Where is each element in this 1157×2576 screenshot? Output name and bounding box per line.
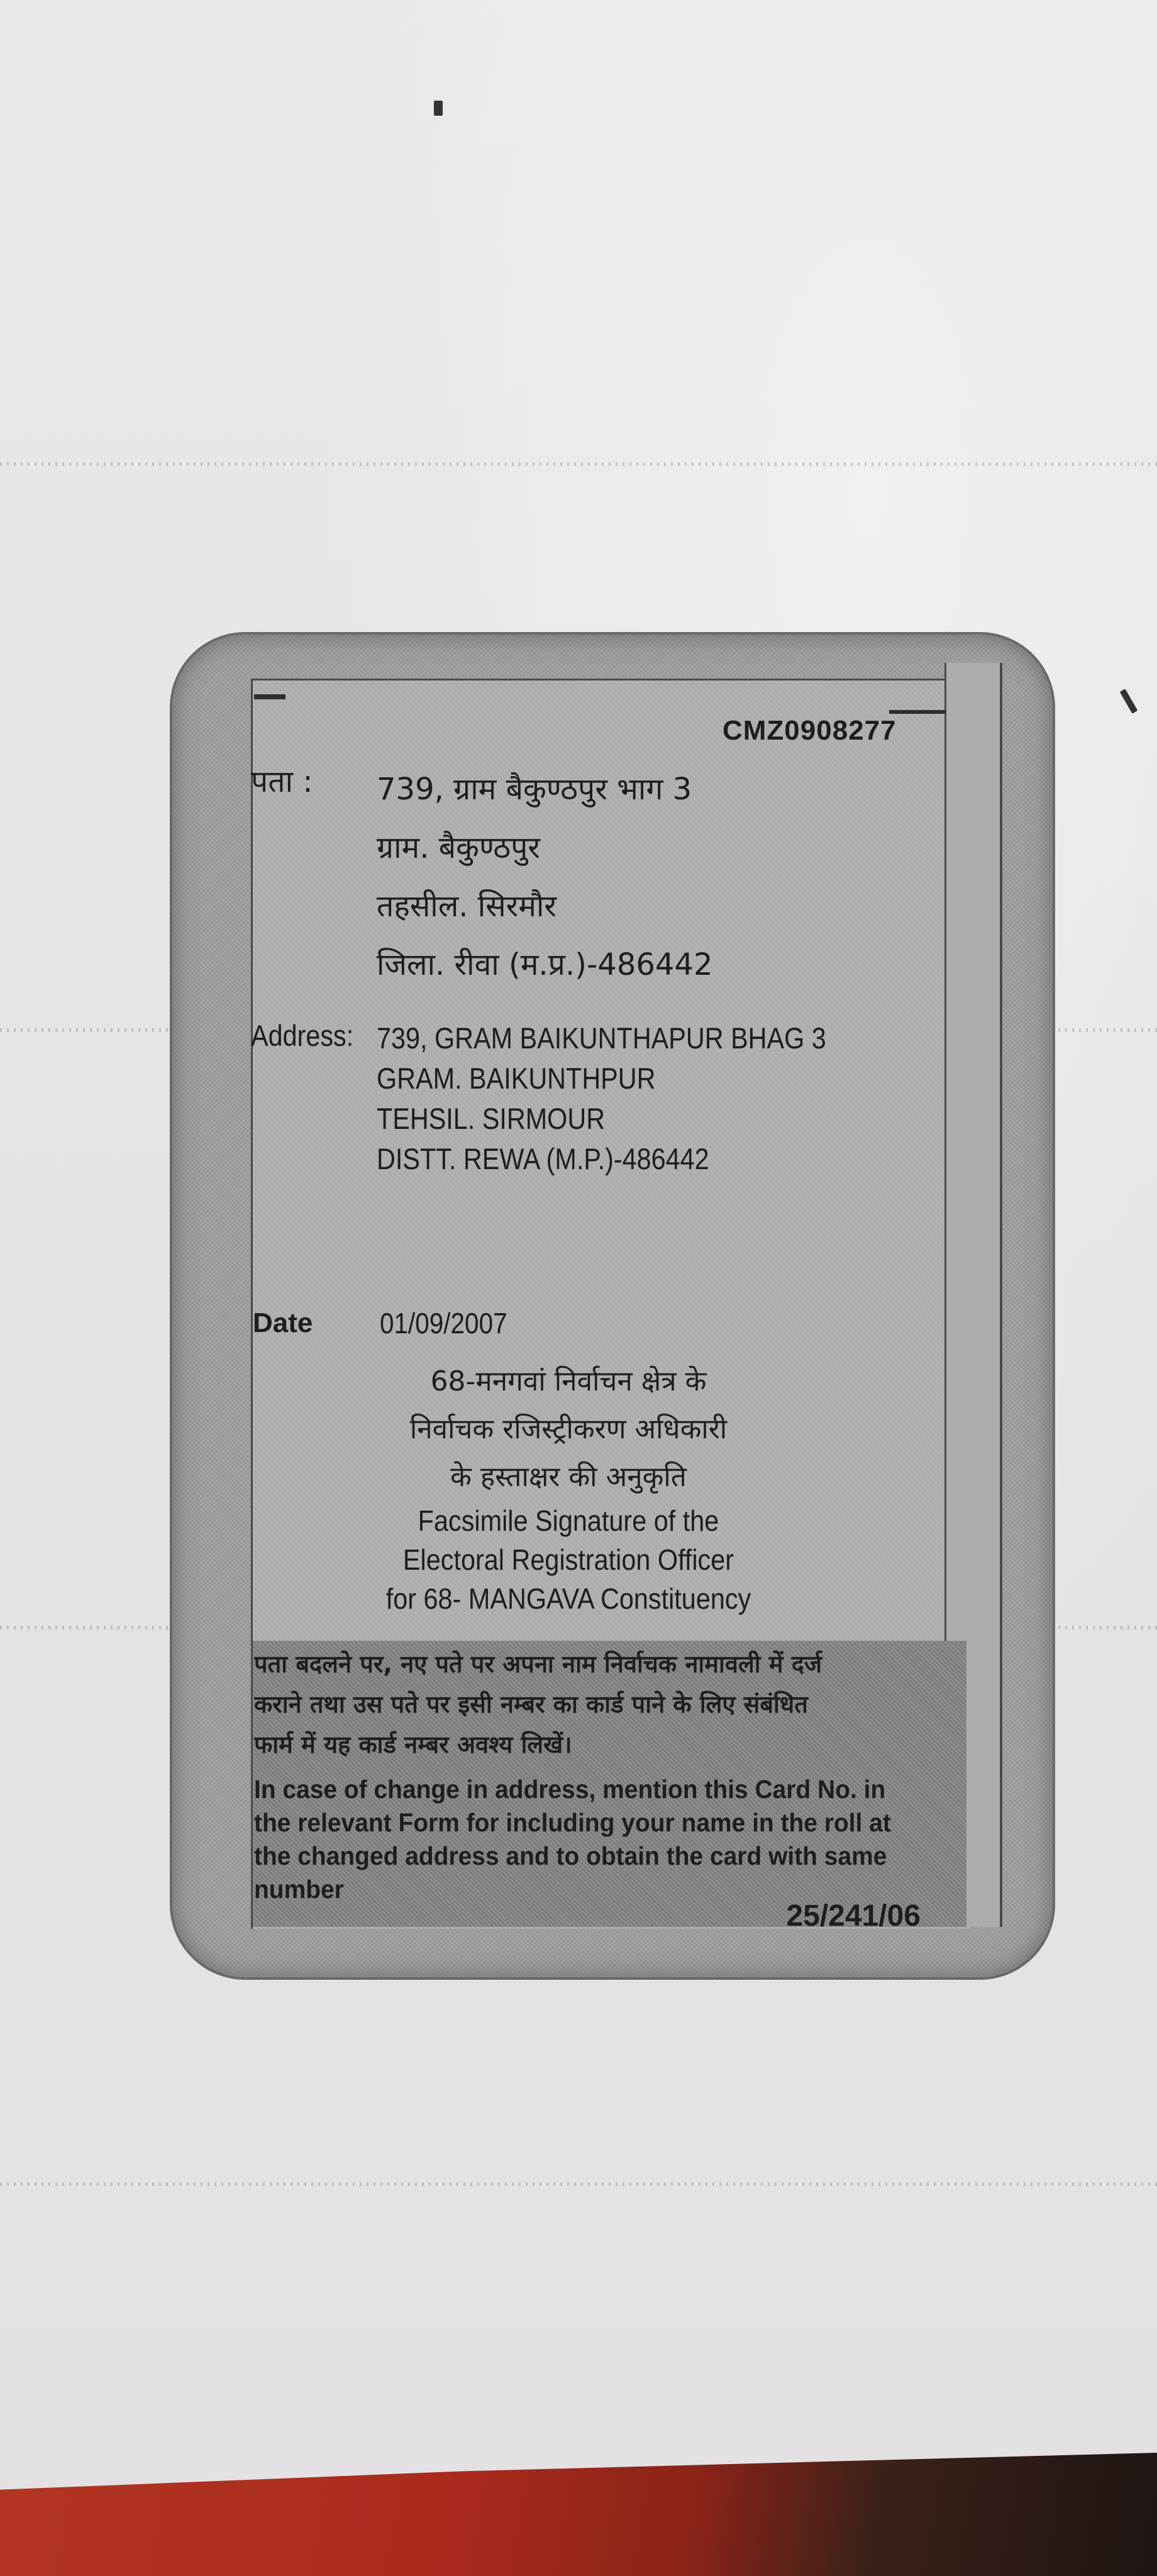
fold-line [0,462,1157,466]
ink-speck [1120,689,1138,714]
address-hindi-line: जिला. रीवा (म.प्र.)-486442 [377,936,713,994]
ero-hindi-line: के हस्ताक्षर की अनुकृति [361,1453,776,1501]
ero-facsimile-block: 68-मनगवां निर्वाचन क्षेत्र के निर्वाचक र… [361,1358,776,1618]
address-english-line: TEHSIL. SIRMOUR [377,1099,826,1139]
corner-mark [254,694,285,699]
ero-english-line: Electoral Registration Officer [382,1540,755,1579]
ero-english-line: for 68- MANGAVA Constituency [382,1579,755,1618]
date-label: Date [253,1307,313,1339]
notice-english-line: In case of change in address, mention th… [254,1773,929,1806]
date-value: 01/09/2007 [380,1306,507,1340]
notice-hindi: पता बदलने पर, नए पते पर अपना नाम निर्वाच… [254,1644,965,1765]
address-english-line: 739, GRAM BAIKUNTHAPUR BHAG 3 [377,1018,826,1058]
address-hindi-line: ग्राम. बैकुण्ठपुर [377,819,713,877]
voter-id-card-back: CMZ0908277 पता : 739, ग्राम बैकुण्ठपुर भ… [170,632,1055,1980]
address-label-english: Address: [251,1018,353,1053]
address-english: 739, GRAM BAIKUNTHAPUR BHAG 3 GRAM. BAIK… [377,1018,826,1179]
address-english-line: DISTT. REWA (M.P.)-486442 [377,1139,826,1179]
notice-english-line: the relevant Form for including your nam… [254,1806,929,1840]
address-english-line: GRAM. BAIKUNTHPUR [377,1058,826,1099]
notice-hindi-line: फार्म में यह कार्ड नम्बर अवश्य लिखें। [254,1724,965,1765]
serial-number: 25/241/06 [786,1899,921,1933]
notice-hindi-line: पता बदलने पर, नए पते पर अपना नाम निर्वाच… [254,1644,965,1684]
ero-hindi-line: निर्वाचक रजिस्ट्रीकरण अधिकारी [361,1406,776,1453]
notice-english-line: the changed address and to obtain the ca… [254,1840,929,1873]
fold-line [0,2182,1157,2186]
ink-speck [434,101,443,116]
address-hindi-line: तहसील. सिरमौर [377,877,713,936]
address-hindi-line: 739, ग्राम बैकुण्ठपुर भाग 3 [377,760,713,819]
notice-hindi-line: कराने तथा उस पते पर इसी नम्बर का कार्ड प… [254,1684,965,1724]
ero-english-line: Facsimile Signature of the [382,1501,755,1540]
corner-mark [889,710,946,714]
ero-hindi-line: 68-मनगवां निर्वाचन क्षेत्र के [361,1358,776,1406]
notice-english: In case of change in address, mention th… [254,1773,929,1906]
card-number: CMZ0908277 [722,715,897,747]
address-hindi: 739, ग्राम बैकुण्ठपुर भाग 3 ग्राम. बैकुण… [377,760,713,994]
address-label-hindi: पता : [251,760,313,801]
